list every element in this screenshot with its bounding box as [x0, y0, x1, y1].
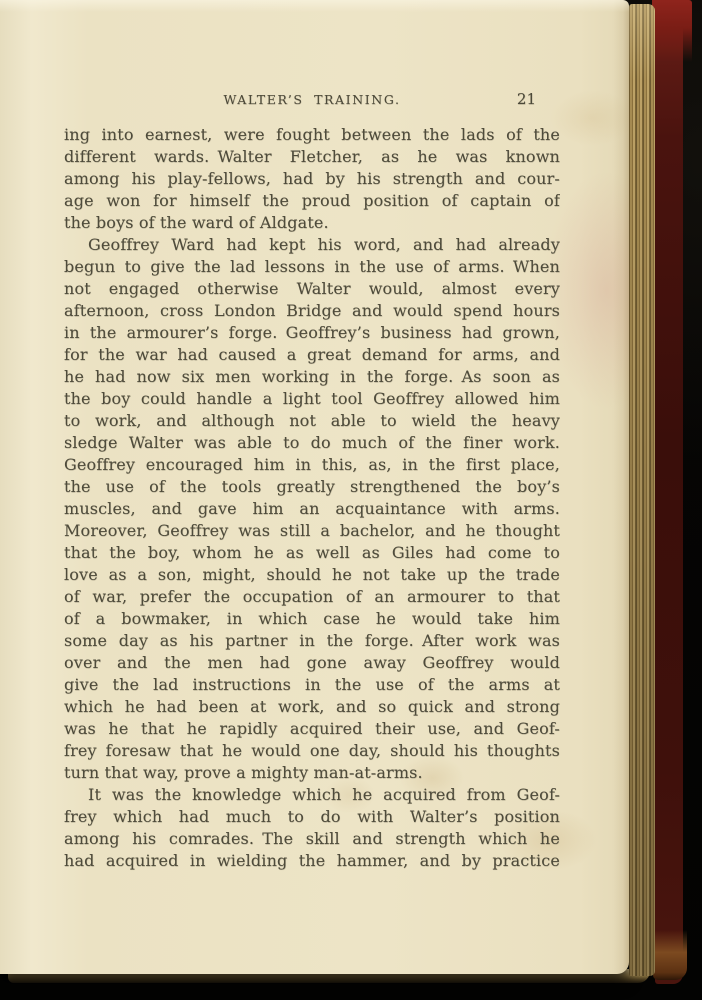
text-line: muscles, and gave him an acquaintance wi… — [64, 498, 560, 520]
book-photograph: WALTER’S TRAINING. 21 ing into earnest, … — [0, 0, 702, 1000]
text-line: sledge Walter was able to do much of the… — [64, 432, 560, 454]
text-line: in the armourer’s forge. Geoffrey’s busi… — [64, 322, 560, 344]
text-line: over and the men had gone away Geoffrey … — [64, 652, 560, 674]
text-line: frey which had much to do with Walter’s … — [64, 806, 560, 828]
chapter-running-title: WALTER’S TRAINING. — [64, 92, 560, 107]
text-line: love as a son, might, should he not take… — [64, 564, 560, 586]
text-line: among his play-fellows, had by his stren… — [64, 168, 560, 190]
text-line: give the lad instructions in the use of … — [64, 674, 560, 696]
text-line: he had now six men working in the forge.… — [64, 366, 560, 388]
text-line: Moreover, Geoffrey was still a bachelor,… — [64, 520, 560, 542]
text-line: not engaged otherwise Walter would, almo… — [64, 278, 560, 300]
text-line: for the war had caused a great demand fo… — [64, 344, 560, 366]
text-line: the boys of the ward of Aldgate. — [64, 212, 560, 234]
text-line: among his comrades. The skill and streng… — [64, 828, 560, 850]
page-number: 21 — [517, 90, 536, 108]
text-line: of a bowmaker, in which case he would ta… — [64, 608, 560, 630]
text-line: turn that way, prove a mighty man-at-arm… — [64, 762, 560, 784]
text-line: ing into earnest, were fought between th… — [64, 124, 560, 146]
text-line: Geoffrey Ward had kept his word, and had… — [64, 234, 560, 256]
text-line: had acquired in wielding the hammer, and… — [64, 850, 560, 872]
text-line: some day as his partner in the forge. Af… — [64, 630, 560, 652]
book-page: WALTER’S TRAINING. 21 ing into earnest, … — [0, 0, 629, 974]
text-line: begun to give the lad lessons in the use… — [64, 256, 560, 278]
text-line: was he that he rapidly acquired their us… — [64, 718, 560, 740]
text-line: to work, and although not able to wield … — [64, 410, 560, 432]
text-line: afternoon, cross London Bridge and would… — [64, 300, 560, 322]
text-line: of war, prefer the occupation of an armo… — [64, 586, 560, 608]
text-line: which he had been at work, and so quick … — [64, 696, 560, 718]
book-cover-edge — [655, 0, 683, 984]
text-line: It was the knowledge which he acquired f… — [64, 784, 560, 806]
text-line: age won for himself the proud position o… — [64, 190, 560, 212]
text-line: that the boy, whom he as well as Giles h… — [64, 542, 560, 564]
text-line: different wards. Walter Fletcher, as he … — [64, 146, 560, 168]
running-header: WALTER’S TRAINING. 21 — [64, 92, 560, 112]
text-line: the use of the tools greatly strengthene… — [64, 476, 560, 498]
page-text: ing into earnest, were fought between th… — [64, 124, 560, 872]
page-fore-edges — [629, 4, 655, 976]
text-line: frey foresaw that he would one day, shou… — [64, 740, 560, 762]
text-line: Geoffrey encouraged him in this, as, in … — [64, 454, 560, 476]
text-line: the boy could handle a light tool Geoffr… — [64, 388, 560, 410]
